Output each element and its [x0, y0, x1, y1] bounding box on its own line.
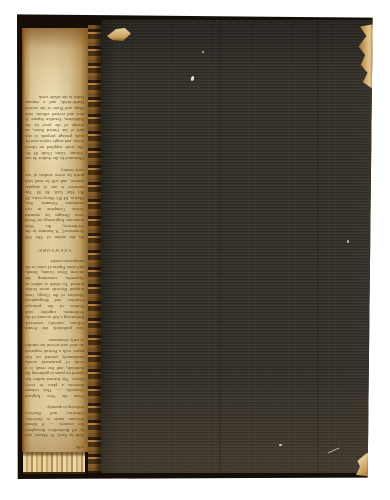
newspaper-text-block: 'A N E W Y O R K.' — [25, 247, 84, 253]
newspaper-text-block: From the New England Quarterly. — This v… — [25, 337, 84, 399]
newspaper-text-block: Just published, the Fourth Edition, care… — [25, 259, 84, 332]
book-photo: ville. Sold by Early W. Mason, and by al… — [17, 13, 373, 479]
newspaper-text-block: Illustrated by the Author. In one Volume… — [25, 94, 84, 161]
dust-speck — [190, 76, 194, 82]
newspaper-text-block: By the author of 'The Old Homestead,' 'A… — [25, 167, 84, 240]
dust-speck — [279, 444, 282, 446]
edge-nick — [371, 252, 375, 257]
worn-spot-top-hinge — [107, 28, 131, 41]
newspaper-text-block: ville. — [25, 444, 84, 450]
dust-speck — [347, 240, 349, 243]
front-cover — [101, 20, 373, 473]
worn-corner-bottom-right — [356, 451, 374, 477]
newspaper-text-block: Sold by Early W. Mason, and by all Books… — [25, 405, 84, 439]
scratch-mark — [327, 447, 339, 453]
spine-newspaper: ville. Sold by Early W. Mason, and by al… — [25, 30, 84, 450]
spine-frayed-end — [23, 452, 85, 474]
photo-canvas: ville. Sold by Early W. Mason, and by al… — [0, 0, 390, 500]
cover-crease — [219, 20, 221, 473]
dust-speck — [202, 51, 204, 53]
spine-hinge — [88, 25, 101, 473]
cover-crease — [317, 20, 319, 473]
book-spine: ville. Sold by Early W. Mason, and by al… — [22, 28, 88, 452]
worn-corner-top-right — [357, 24, 374, 90]
